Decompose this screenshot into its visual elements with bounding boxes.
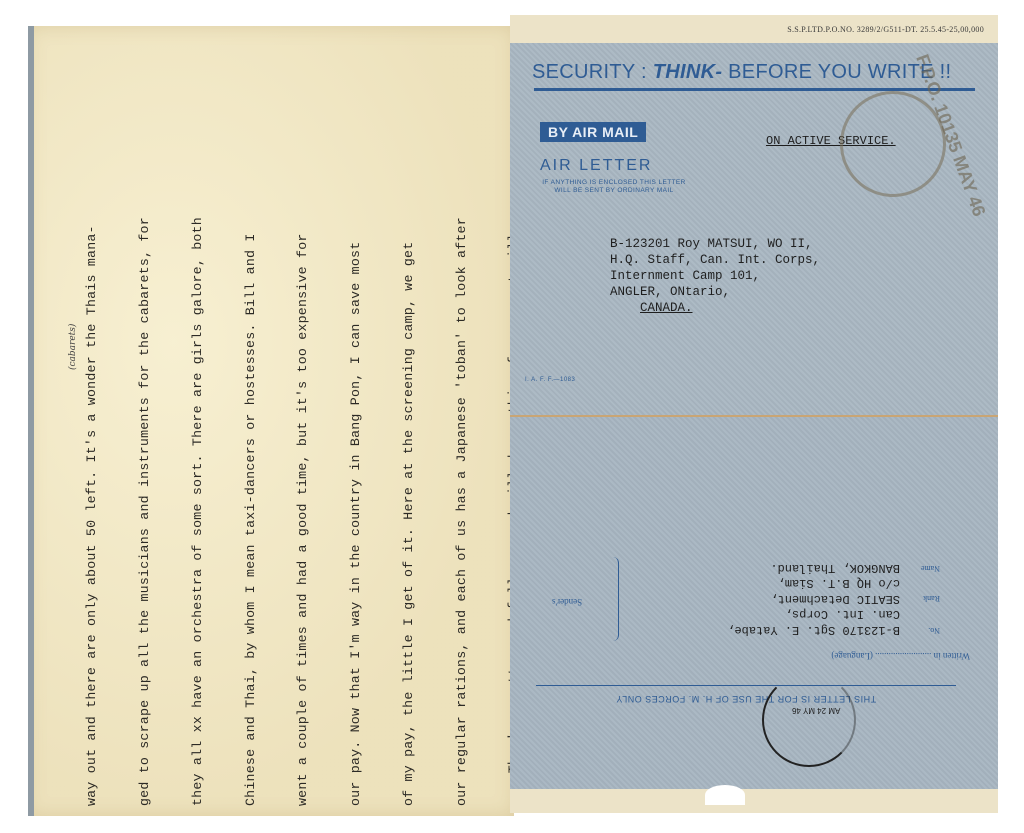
top-margin-strip: S.S.P.LTD.P.O.NO. 3289/2/G511-DT. 25.5.4…: [510, 15, 998, 43]
form-number: I. A. F. F.—1083: [525, 377, 575, 383]
letter-line: our regular rations, and each of us has …: [453, 36, 471, 806]
typed-letter-page: way out and there are only about 50 left…: [28, 26, 514, 816]
recipient-line: Internment Camp 101,: [610, 268, 820, 284]
banner-text-think: THINK-: [653, 61, 723, 83]
letter-line: our pay. Now that I'm way in the country…: [347, 36, 365, 806]
torn-flap: [705, 785, 745, 805]
sender-block: B-123170 Sgt. E. Yatabe,Can. Int. Corps,…: [620, 555, 940, 641]
typed-letter-body: way out and there are only about 50 left…: [48, 36, 518, 806]
senders-heading: Sender's: [552, 597, 582, 607]
recipient-country: CANADA.: [610, 300, 820, 316]
banner-rule: [534, 88, 975, 91]
forces-notice: THIS LETTER IS FOR THE USE OF H. M. FORC…: [536, 685, 956, 704]
sender-name-label: Name: [921, 564, 940, 573]
pencil-annotation: (cabarets): [68, 324, 78, 370]
letter-line: went a couple of times and had a good ti…: [294, 36, 312, 806]
brace-icon: [610, 557, 619, 641]
torn-bottom-edge: [510, 789, 998, 813]
security-banner: SECURITY : THINK- BEFORE YOU WRITE !!: [532, 61, 951, 84]
letter-line: way out and there are only about 50 left…: [83, 36, 101, 806]
recipient-line: ANGLER, ONtario,: [610, 284, 820, 300]
recipient-line: H.Q. Staff, Can. Int. Corps,: [610, 252, 820, 268]
by-air-mail-label: BY AIR MAIL: [540, 122, 646, 142]
banner-text-security: SECURITY :: [532, 61, 653, 83]
recipient-address: B-123201 Roy MATSUI, WO II,H.Q. Staff, C…: [610, 236, 820, 316]
print-code: S.S.P.LTD.P.O.NO. 3289/2/G511-DT. 25.5.4…: [787, 25, 984, 34]
letter-line: ged to scrape up all the musicians and i…: [136, 36, 154, 806]
air-letter-form: S.S.P.LTD.P.O.NO. 3289/2/G511-DT. 25.5.4…: [510, 15, 998, 813]
air-letter-title: AIR LETTER: [540, 157, 652, 175]
letter-line: of my pay, the little I get of it. Here …: [400, 36, 418, 806]
sender-line: SEATIC Detachment,: [727, 591, 900, 607]
sender-no-label: No.: [928, 626, 940, 635]
written-in-field: Written in ......................... (La…: [740, 647, 970, 661]
sender-line: BANGKOK, Thailand.: [727, 560, 900, 576]
enclosed-note: IF ANYTHING IS ENCLOSED THIS LETTER WILL…: [538, 179, 690, 195]
postmark-circle-icon: [762, 673, 856, 767]
sender-address: B-123170 Sgt. E. Yatabe,Can. Int. Corps,…: [727, 560, 900, 638]
sender-rank-label: Rank: [923, 594, 940, 603]
letter-line: Chinese and Thai, by whom I mean taxi-da…: [242, 36, 260, 806]
sender-line: B-123170 Sgt. E. Yatabe,: [727, 622, 900, 638]
sender-line: Can. Int. Corps,: [727, 606, 900, 622]
letter-line: they all xx have an orchestra of some so…: [189, 36, 207, 806]
form-sender-panel: B-123170 Sgt. E. Yatabe,Can. Int. Corps,…: [510, 417, 998, 789]
recipient-line: B-123201 Roy MATSUI, WO II,: [610, 236, 820, 252]
sender-line: c/o HQ B.T. Siam,: [727, 575, 900, 591]
postmark-bottom-date: AM 24 MY 46: [792, 705, 840, 715]
form-address-panel: S.S.P.LTD.P.O.NO. 3289/2/G511-DT. 25.5.4…: [510, 15, 998, 415]
